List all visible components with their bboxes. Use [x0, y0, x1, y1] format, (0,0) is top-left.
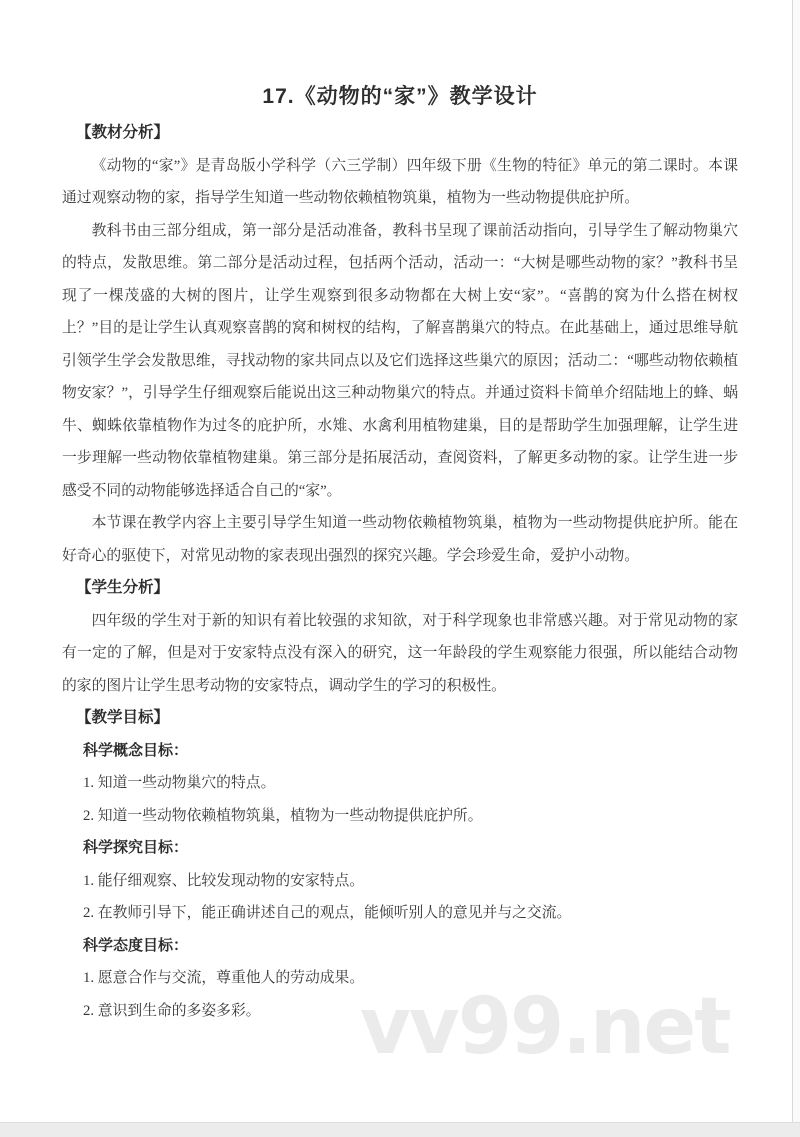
list-item-inquiry-goal-1: 1. 能仔细观察、比较发现动物的安家特点。: [62, 865, 738, 898]
paragraph-course-overview: 《动物的“家”》是青岛版小学科学（六三学制）四年级下册《生物的特征》单元的第二课…: [62, 150, 738, 215]
document-page: vv99.net 17.《动物的“家”》教学设计 【教材分析】 《动物的“家”》…: [0, 0, 793, 1122]
list-item-concept-goal-1: 1. 知道一些动物巢穴的特点。: [62, 767, 738, 800]
list-item-inquiry-goal-2: 2. 在教师引导下，能正确讲述自己的观点，能倾听别人的意见并与之交流。: [62, 897, 738, 930]
subheading-science-attitude-goals: 科学态度目标：: [62, 930, 738, 963]
page-bottom-gutter: [0, 1122, 800, 1137]
paragraph-lesson-content: 本节课在教学内容上主要引导学生知道一些动物依赖植物筑巢，植物为一些动物提供庇护所…: [62, 507, 738, 572]
section-heading-material-analysis: 【教材分析】: [62, 117, 738, 150]
subheading-science-concept-goals: 科学概念目标：: [62, 735, 738, 768]
paragraph-textbook-structure: 教科书由三部分组成，第一部分是活动准备，教科书呈现了课前活动指向，引导学生了解动…: [62, 215, 738, 508]
section-heading-student-analysis: 【学生分析】: [62, 572, 738, 605]
page-right-margin: [793, 0, 800, 1122]
list-item-concept-goal-2: 2. 知道一些动物依赖植物筑巢，植物为一些动物提供庇护所。: [62, 800, 738, 833]
section-heading-teaching-objectives: 【教学目标】: [62, 702, 738, 735]
document-content: 17.《动物的“家”》教学设计 【教材分析】 《动物的“家”》是青岛版小学科学（…: [0, 0, 792, 1027]
list-item-attitude-goal-2: 2. 意识到生命的多姿多彩。: [62, 995, 738, 1028]
page-title: 17.《动物的“家”》教学设计: [62, 80, 738, 114]
paragraph-student-analysis: 四年级的学生对于新的知识有着比较强的求知欲，对于科学现象也非常感兴趣。对于常见动…: [62, 605, 738, 703]
subheading-science-inquiry-goals: 科学探究目标：: [62, 832, 738, 865]
list-item-attitude-goal-1: 1. 愿意合作与交流，尊重他人的劳动成果。: [62, 962, 738, 995]
